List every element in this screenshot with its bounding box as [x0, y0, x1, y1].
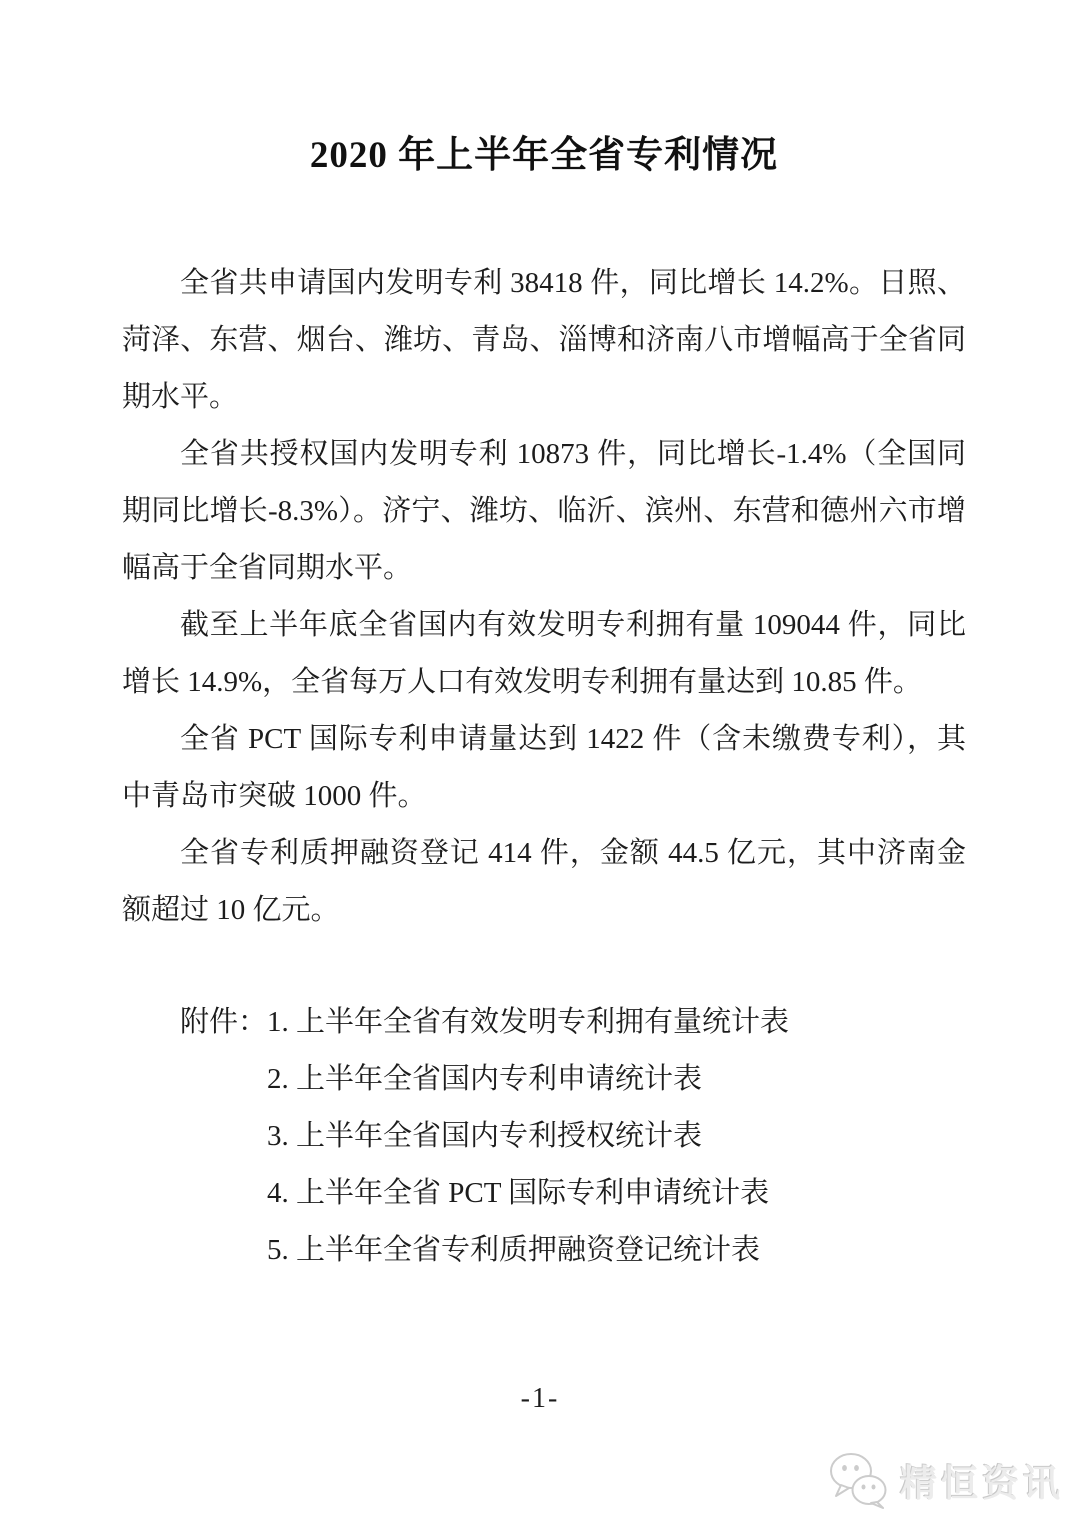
document-body: 全省共申请国内发明专利 38418 件，同比增长 14.2%。日照、菏泽、东营、…: [122, 255, 966, 939]
paragraph-4: 全省 PCT 国际专利申请量达到 1422 件（含未缴费专利），其中青岛市突破 …: [122, 711, 966, 825]
paragraph-3: 截至上半年底全省国内有效发明专利拥有量 109044 件，同比增长 14.9%，…: [122, 597, 966, 711]
attachment-item-5: 5. 上半年全省专利质押融资登记统计表: [267, 1222, 789, 1279]
document-title: 2020 年上半年全省专利情况: [122, 127, 966, 185]
page-number: -1-: [0, 1383, 1080, 1415]
attachments-label: 附件：: [180, 994, 267, 1279]
paragraph-5: 全省专利质押融资登记 414 件，金额 44.5 亿元，其中济南金额超过 10 …: [122, 825, 966, 939]
watermark-text: 精恒资讯: [900, 1453, 1064, 1507]
paragraph-2: 全省共授权国内发明专利 10873 件，同比增长-1.4%（全国同期同比增长-8…: [122, 426, 966, 597]
attachment-item-3: 3. 上半年全省国内专利授权统计表: [267, 1108, 789, 1165]
document-content: 2020 年上半年全省专利情况 全省共申请国内发明专利 38418 件，同比增长…: [122, 127, 966, 1279]
attachments-list: 附件： 1. 上半年全省有效发明专利拥有量统计表 2. 上半年全省国内专利申请统…: [180, 994, 966, 1279]
attachment-item-4: 4. 上半年全省 PCT 国际专利申请统计表: [267, 1165, 789, 1222]
attachments-items: 1. 上半年全省有效发明专利拥有量统计表 2. 上半年全省国内专利申请统计表 3…: [267, 994, 789, 1279]
document-page: 2020 年上半年全省专利情况 全省共申请国内发明专利 38418 件，同比增长…: [0, 0, 1080, 1527]
attachment-item-2: 2. 上半年全省国内专利申请统计表: [267, 1051, 789, 1108]
watermark: 精恒资讯: [828, 1451, 1064, 1509]
wechat-icon: [828, 1451, 890, 1509]
paragraph-1: 全省共申请国内发明专利 38418 件，同比增长 14.2%。日照、菏泽、东营、…: [122, 255, 966, 426]
attachment-item-1: 1. 上半年全省有效发明专利拥有量统计表: [267, 994, 789, 1051]
